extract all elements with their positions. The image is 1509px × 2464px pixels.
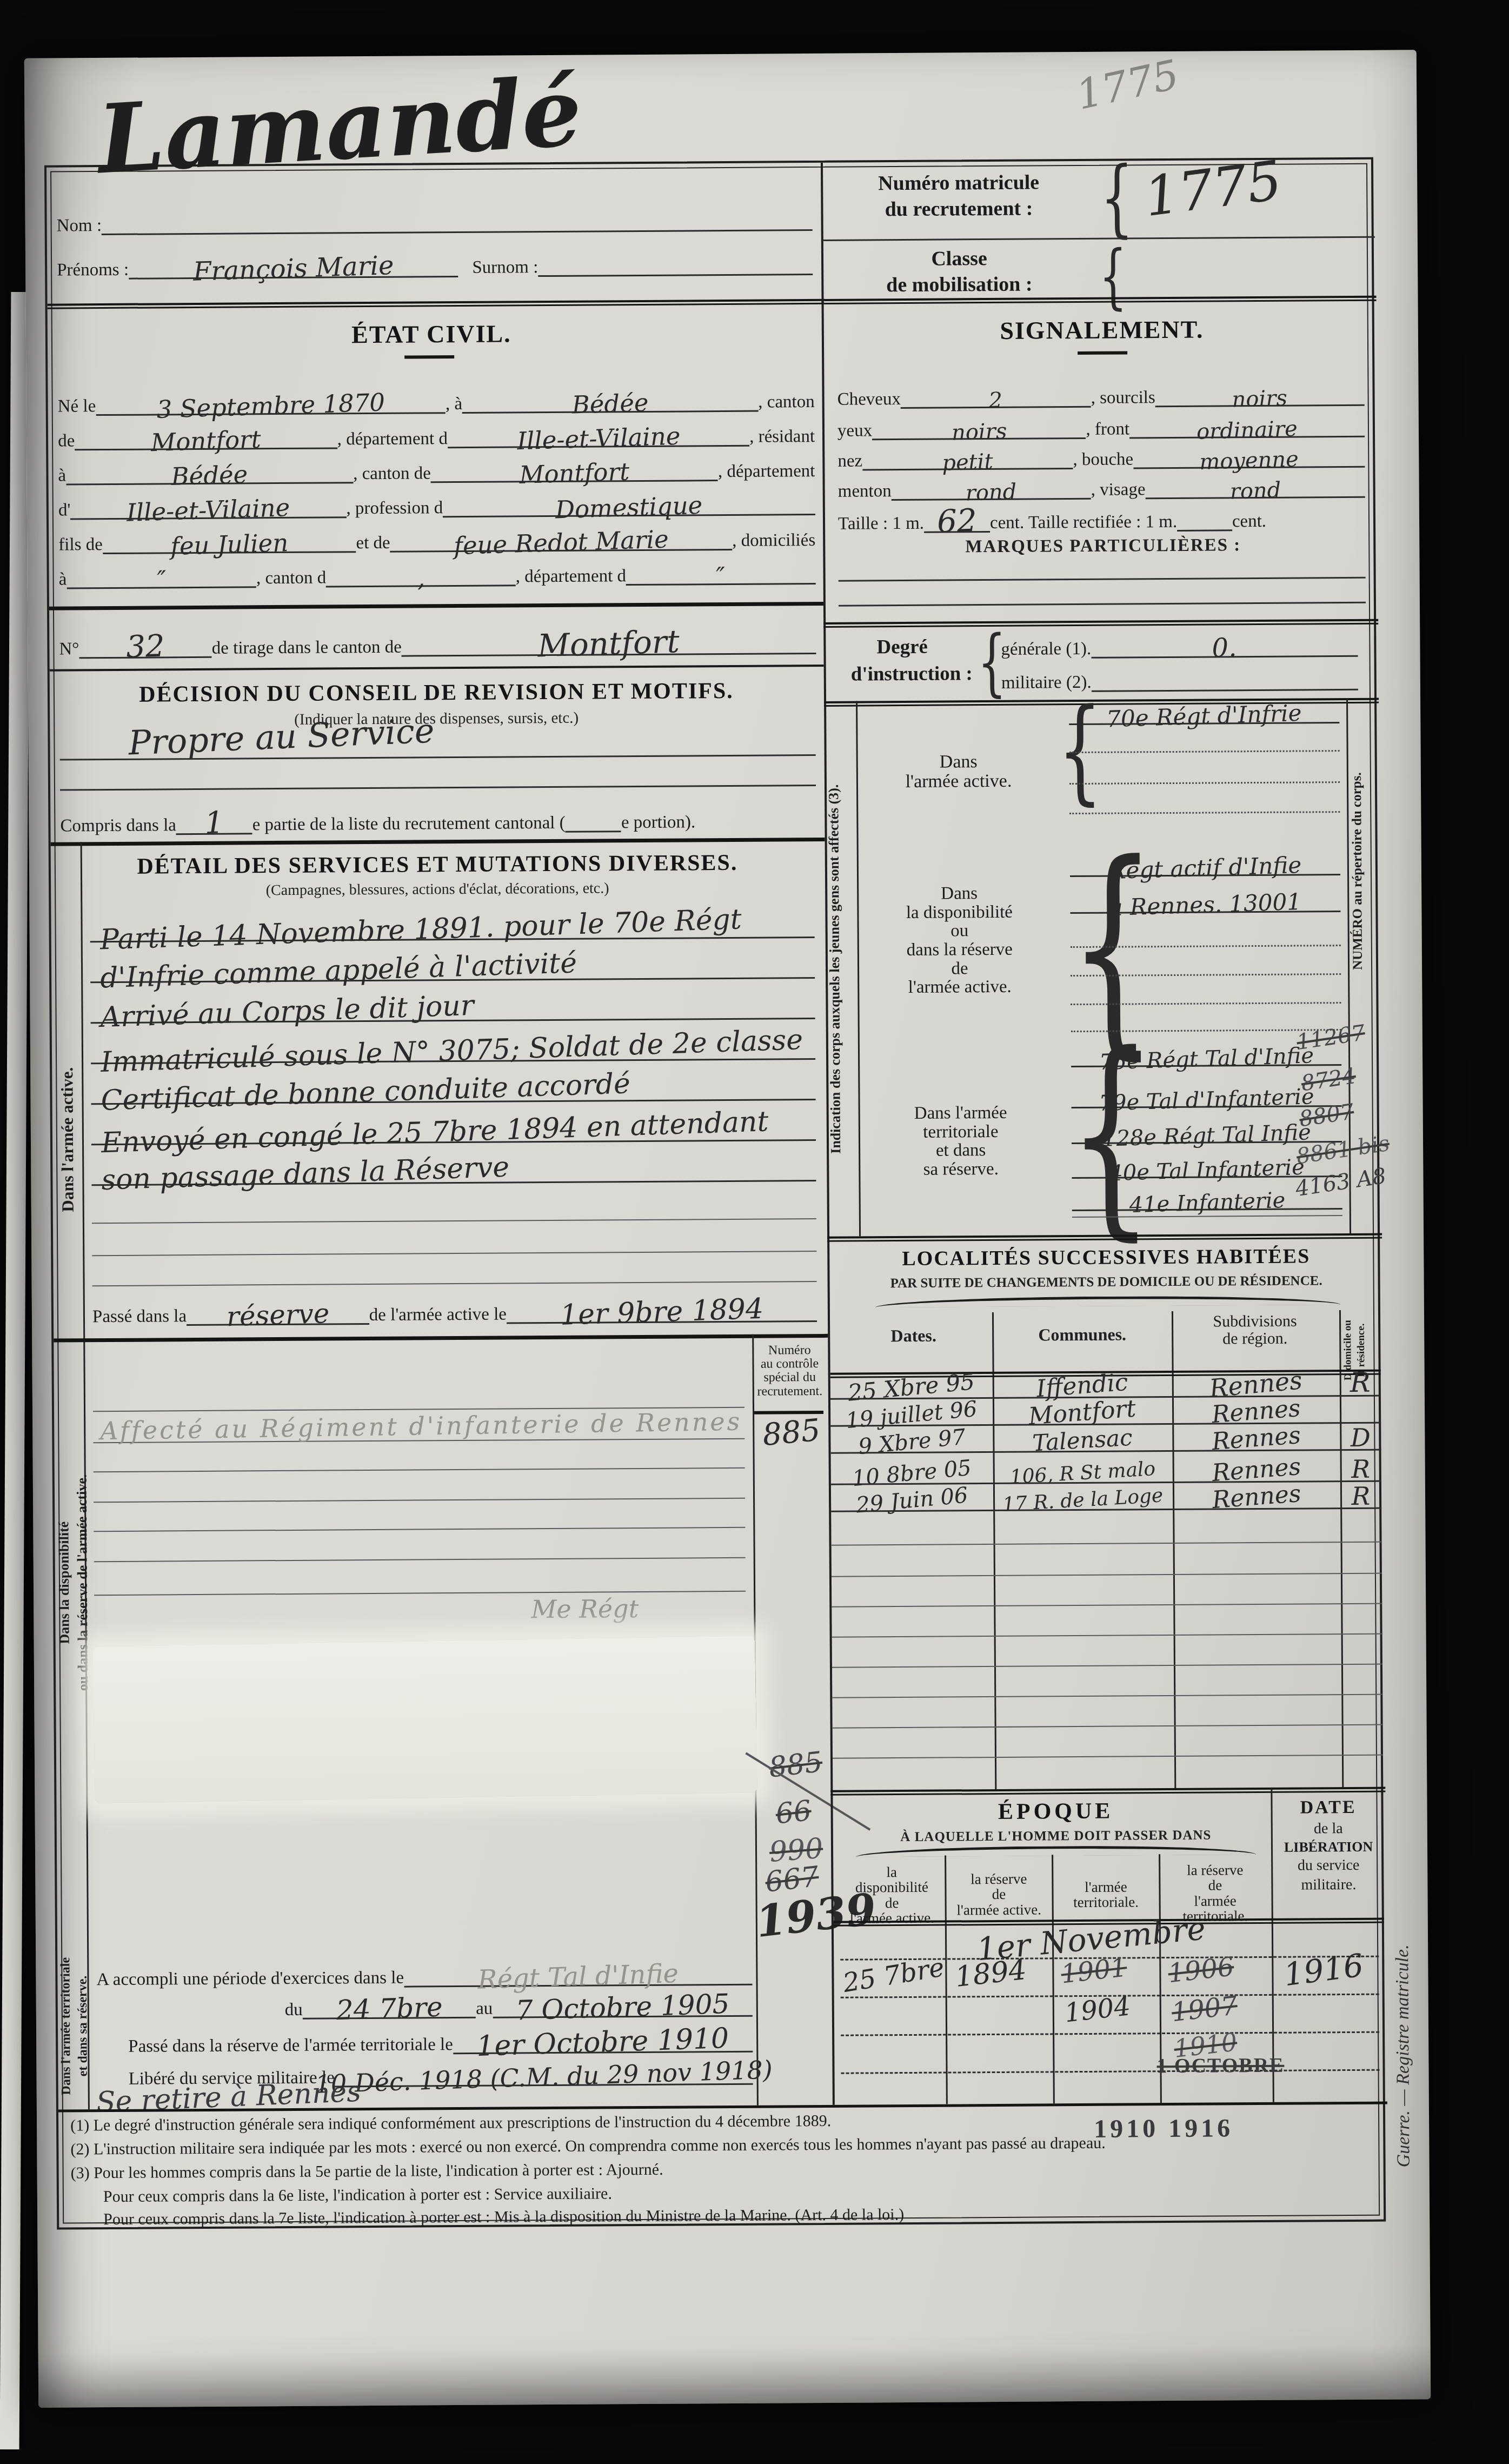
tirage-no-label: N°: [59, 640, 79, 659]
service-line-7: son passage dans la Réserve: [91, 1143, 816, 1186]
label: à: [59, 570, 67, 589]
sourcils-field: noirs: [1155, 389, 1365, 407]
margin-vertical-label: Guerre. — Registre matricule.: [1390, 1872, 1420, 2240]
controle-number-struck-1: 885: [768, 1750, 824, 1781]
affecte-value: Affecté au Régiment d'infanterie de Renn…: [100, 1411, 742, 1443]
localites-flourish: [875, 1295, 1340, 1307]
epoque-border-2: [1052, 1855, 1055, 2103]
footnote-4: Pour ceux compris dans la 6e liste, l'in…: [103, 2181, 1381, 2206]
services-title: DÉTAIL DES SERVICES ET MUTATIONS DIVERSE…: [81, 849, 794, 880]
prenoms-label: Prénoms :: [57, 261, 129, 280]
decision-value: Propre au Service: [128, 715, 435, 758]
controle-header-line: spécial du: [757, 1371, 823, 1385]
label-line: Dans l'armée: [863, 1103, 1058, 1123]
localites-subtitle: PAR SUITE DE CHANGEMENTS DE DOMICILE OU …: [843, 1273, 1370, 1292]
ruled-line: [832, 1694, 1382, 1698]
corps-dispo-label: Dans la disponibilité ou dans la réserve…: [862, 884, 1057, 997]
libere-value: 10 Déc. 1918 (C.M. du 29 nov 1918): [315, 2058, 773, 2096]
entry-field: 70e Régt d'Infrie: [1069, 705, 1339, 725]
subdivision-value: Rennes: [1211, 1456, 1301, 1484]
tirage-canton-field: Montfort: [402, 628, 816, 657]
sourcils-value: noirs: [1232, 388, 1288, 409]
localites-row-3: 9 Xbre 97 Talensac Rennes D: [830, 1423, 1381, 1454]
parents-residence-field: ″: [67, 568, 256, 589]
subdivision-cell: Rennes: [1172, 1427, 1340, 1450]
ruled-line: [92, 1281, 817, 1286]
ditto-mark: ,: [417, 567, 426, 589]
signalement-row-3: nez petit , bouche moyenne: [837, 437, 1365, 471]
label-line: la disponibilité: [862, 902, 1056, 922]
label-line: de la: [1274, 1820, 1382, 1837]
tirage-line: N° 32 de tirage dans le canton de Montfo…: [59, 620, 816, 659]
label-line: DATE: [1274, 1798, 1382, 1818]
label: e portion).: [621, 813, 696, 832]
cheveux-field: 2: [901, 390, 1091, 409]
tirage-no-field: 32: [79, 633, 212, 659]
date-cell: 9 Xbre 97: [830, 1432, 993, 1452]
ruled-line: [94, 1557, 746, 1562]
epoque-col2-header: la réserve de l'armée active.: [948, 1871, 1050, 1917]
epoque-terr-value-struck: 1901: [1060, 1956, 1128, 1986]
compris-line: Compris dans la 1 e partie de la liste d…: [60, 799, 817, 836]
label: , département: [718, 462, 815, 481]
commune-value: 17 R. de la Loge: [1002, 1487, 1164, 1514]
birth-line-3: à Bédée , canton de Montfort , départeme…: [58, 447, 815, 486]
ruled-line: [833, 1724, 1383, 1729]
side-label-line: Dans l'armée territoriale: [57, 1945, 75, 2107]
libere-field: 10 Déc. 1918 (C.M. du 29 nov 1918): [335, 2064, 753, 2087]
taille-value: 62: [936, 506, 977, 536]
side-label-line: Dans la disponibilité: [54, 1361, 75, 1804]
taille-field: 62: [924, 507, 990, 533]
label: , domiciliés: [732, 531, 815, 550]
etat-civil-title-dash: [404, 355, 454, 359]
ruled-line: [832, 1603, 1382, 1608]
label-line: territoriale.: [1055, 1895, 1157, 1910]
du-field: 24 7bre: [303, 1996, 476, 2020]
section-rule: [830, 1787, 1385, 1796]
service-entry: Certificat de bonne conduite accordé: [91, 1077, 815, 1105]
side-label-line: et dans sa réserve.: [74, 1945, 92, 2107]
subdivision-value: Rennes: [1211, 1425, 1301, 1453]
canton-field: Montfort: [75, 429, 337, 450]
header-bottom-rule: [48, 296, 1377, 309]
ditto-mark: ″: [157, 569, 167, 591]
section-rule: [50, 665, 824, 672]
label-line: de: [948, 1887, 1049, 1902]
subdivision-value: Rennes: [1212, 1483, 1302, 1511]
date-cell: 25 Xbre 95: [830, 1377, 993, 1398]
passe-reserve-line: Passé dans la réserve de l'armée active …: [92, 1291, 817, 1326]
birthdate-field: 3 Septembre 1870: [96, 394, 446, 416]
label: à: [58, 467, 66, 486]
menton-field: rond: [892, 482, 1091, 501]
accompli-field: Régt Tal d'Infie: [404, 1964, 753, 1988]
dr-value: D: [1351, 1426, 1371, 1449]
father-value: feu Julien: [170, 532, 289, 558]
signalement-row-4: menton rond , visage rond: [837, 468, 1365, 501]
controle-number-first: 885: [761, 1417, 821, 1449]
ruled-line: [832, 1542, 1382, 1546]
label: Passé dans la réserve de l'armée territo…: [128, 2035, 453, 2056]
accompli-line: A accompli une période d'exercices dans …: [96, 1954, 752, 1989]
ruled-line: [841, 2069, 1380, 2074]
label-line: l'armée active.: [862, 977, 1057, 997]
folio-number-pencil: 1775: [1073, 56, 1182, 114]
birthplace-value: Bédée: [571, 392, 649, 416]
label: , à: [446, 395, 462, 414]
ruled-line: [60, 785, 816, 791]
label: , département d: [337, 429, 448, 449]
date-cell: 10 8bre 05: [831, 1463, 993, 1484]
date-cell: 29 Juin 06: [831, 1490, 993, 1511]
stamp-years: 1910 1916: [1094, 2113, 1233, 2144]
prenoms-value: François Marie: [192, 254, 394, 284]
epoque-date-header: DATE de la LIBÉRATION du service militai…: [1274, 1798, 1382, 1893]
matricule-label-1: Numéro matricule: [837, 172, 1080, 195]
label: du: [285, 2001, 303, 2020]
label: fils de: [58, 535, 103, 554]
passe-terr-field: 1er Octobre 1910: [453, 2029, 753, 2054]
controle-number-struck-2: 66: [774, 1798, 813, 1828]
commune-value: Montfort: [1028, 1398, 1136, 1428]
label-line: et dans: [863, 1141, 1058, 1161]
subdivision-cell: Rennes: [1172, 1373, 1340, 1396]
controle-header-line: recrutement.: [757, 1384, 823, 1398]
ruled-line: [94, 1467, 745, 1472]
ruled-line: [1069, 781, 1340, 785]
dr-cell: R: [1340, 1458, 1381, 1480]
epoque-liberation-value: 1916: [1282, 1951, 1365, 1989]
label: de: [58, 432, 75, 451]
label-line: l'armée active.: [948, 1902, 1050, 1917]
label-line: LIBÉRATION: [1274, 1839, 1382, 1855]
label-line: l'armée: [1162, 1893, 1268, 1909]
epoque-dispo-value: 25 7bre: [841, 1956, 946, 1995]
bouche-field: moyenne: [1133, 450, 1365, 469]
reserve-date-field: 1er 9bre 1894: [507, 1299, 817, 1324]
subdivision-cell: Rennes: [1173, 1459, 1340, 1481]
label-line: Dans: [861, 752, 1056, 772]
label-line: l'armée active.: [861, 771, 1056, 792]
localites-col-communes: Communes.: [994, 1324, 1170, 1345]
tirage-no-value: 32: [126, 633, 165, 661]
label: A accompli une période d'exercices dans …: [96, 1969, 404, 1989]
section-rule: [54, 1334, 828, 1343]
service-line-6: Envoyé en congé le 25 7bre 1894 en atten…: [91, 1102, 816, 1145]
front-label: , front: [1086, 420, 1129, 439]
signalement-title: SIGNALEMENT.: [848, 314, 1356, 346]
label-line: de: [862, 959, 1057, 979]
commune-cell: 17 R. de la Loge: [993, 1491, 1173, 1510]
surnom-field: [538, 274, 813, 277]
label-line: territoriale: [863, 1122, 1058, 1142]
marques-label: MARQUES PARTICULIÈRES :: [849, 535, 1357, 558]
header-divider-vertical: [821, 163, 824, 304]
corps-side-label: Indication des corps auxquels les jeunes…: [824, 701, 860, 1237]
localites-col-subdiv: Subdivisions de région.: [1174, 1312, 1336, 1347]
ruled-line: [832, 1573, 1382, 1577]
label: , canton de: [353, 464, 431, 484]
corps-terr-num-3: 8807: [1298, 1102, 1355, 1129]
entry-value: 75e Régt Tal d'Infie: [1099, 1046, 1314, 1072]
corps-dispo-entry-1: Régt actif d'Infie: [1070, 840, 1340, 877]
degre-generale-row: générale (1). 0.: [1001, 629, 1358, 659]
faint-fragment: Me Régt: [531, 1598, 639, 1621]
au-value: 7 Octobre 1905: [515, 1992, 730, 2023]
entry-field: Régt actif d'Infie: [1070, 857, 1340, 877]
du-value: 24 7bre: [336, 1995, 443, 2023]
side-label-line: ou dans la réserve de l'armée active.: [72, 1361, 93, 1804]
paper-damage-patch: [92, 1636, 757, 1803]
ruled-line: [1069, 750, 1340, 753]
residence-canton-field: Montfort: [431, 462, 718, 483]
date-cell: 19 juillet 96: [830, 1405, 993, 1425]
side-label-territoriale: Dans l'armée territoriale et dans sa rés…: [57, 1945, 89, 2107]
yeux-label: yeux: [837, 422, 872, 441]
corps-side-strip: Indication des corps auxquels les jeunes…: [824, 701, 861, 1237]
birth-line-1: Né le 3 Septembre 1870 , à Bédée , canto…: [57, 378, 814, 416]
dr-value: R: [1352, 1485, 1371, 1507]
tirage-text: de tirage dans le canton de: [212, 638, 402, 658]
epoque-subtitle: À LAQUELLE L'HOMME DOIT PASSER DANS: [840, 1828, 1272, 1845]
matricule-brace: {: [1100, 155, 1134, 239]
register-page: 1775 Guerre. — Registre matricule. Laman…: [24, 50, 1431, 2408]
ruled-line: [94, 1591, 746, 1596]
nom-handwriting-large: Lamandé: [96, 69, 584, 183]
commune-cell: Iffendic: [993, 1374, 1172, 1397]
du-au-line: du 24 7bre au 7 Octobre 1905: [285, 1987, 753, 2020]
label: Passé dans la: [92, 1307, 187, 1326]
service-text: son passage dans la Réserve: [101, 1155, 510, 1193]
service-line-2: d'Infrie comme appelé à l'activité: [90, 940, 815, 983]
residence-dept-field: Ille-et-Vilaine: [70, 499, 346, 520]
residence-field: Bédée: [66, 464, 353, 486]
label-line: ou: [862, 921, 1057, 941]
partie-field: 1: [176, 809, 252, 835]
epoque-title: ÉPOQUE: [839, 1797, 1272, 1826]
corps-dispo-entry-2: à Rennes. 13001: [1070, 876, 1340, 914]
passe-territoriale-line: Passé dans la réserve de l'armée territo…: [128, 2022, 753, 2056]
label-line: militaire.: [1274, 1876, 1382, 1893]
nom-line: Nom :: [56, 198, 812, 236]
ruled-line: [833, 1755, 1383, 1759]
ruled-line: [92, 1218, 816, 1224]
entry-field: 79e Tal d'Infanterie: [1071, 1090, 1341, 1108]
sourcils-label: , sourcils: [1091, 388, 1155, 407]
service-entry: Parti le 14 Novembre 1891. pour le 70e R…: [90, 915, 814, 942]
ruled-line: [94, 1527, 745, 1532]
departement-field: Ille-et-Vilaine: [448, 427, 749, 448]
entry-value: 41e Infanterie: [1129, 1191, 1286, 1215]
signalement-row-1: Cheveux 2 , sourcils noirs: [837, 376, 1364, 409]
signalement-row-2: yeux noirs , front ordinaire: [837, 407, 1365, 441]
label: , canton d: [256, 569, 326, 588]
epoque-terr-value: 1904: [1063, 1995, 1132, 2025]
date-value: 29 Juin 06: [855, 1485, 969, 1515]
section-rule: [51, 838, 825, 846]
ruled-line: [839, 577, 1366, 582]
classe-label-2: de mobilisation :: [837, 274, 1081, 297]
degre-label-2: d'instruction :: [851, 663, 973, 685]
label-line: de: [841, 1895, 943, 1910]
entry-value: à Rennes. 13001: [1109, 892, 1302, 918]
parents-dept-field: ″: [626, 564, 816, 586]
service-entry: Immatriculé sous le N° 3075; Soldat de 2…: [91, 1037, 815, 1064]
service-entry: Envoyé en congé le 25 7bre 1894 en atten…: [91, 1118, 816, 1145]
commune-cell: 106, R St malo: [993, 1464, 1173, 1483]
residence-value: Bédée: [171, 463, 248, 488]
label: d': [58, 501, 71, 520]
service-line-4: Immatriculé sous le N° 3075; Soldat de 2…: [91, 1021, 815, 1064]
side-label-disponibilite: Dans la disponibilité ou dans la réserve…: [54, 1361, 87, 1804]
dr-value: R: [1350, 1371, 1371, 1395]
epoque-col1-header: la disponibilité de l'armée active.: [841, 1864, 943, 1927]
controle-header-line: Numéro: [756, 1344, 822, 1358]
label: Compris dans la: [60, 816, 176, 836]
entry-field: à Rennes. 13001: [1070, 894, 1340, 914]
au-field: 7 Octobre 1905: [493, 1995, 753, 2018]
taille-label: Taille : 1 m.: [838, 514, 924, 534]
nez-label: nez: [837, 452, 862, 471]
label: de l'armée active le: [369, 1305, 507, 1325]
nez-field: petit: [862, 452, 1073, 470]
label-line: dans la réserve: [862, 940, 1057, 960]
label-line: Subdivisions: [1174, 1312, 1336, 1330]
footnote-5: Pour ceux compris dans la 7e liste, l'in…: [103, 2203, 1381, 2228]
dr-cell: R: [1340, 1371, 1381, 1395]
label: e partie de la liste du recrutement cant…: [252, 814, 565, 834]
profession-field: Domestique: [443, 495, 815, 517]
commune-value: Talensac: [1032, 1427, 1133, 1454]
label-line: de: [1162, 1877, 1268, 1894]
front-field: ordinaire: [1129, 420, 1365, 439]
service-line-3: Arrivé au Corps le dit jour: [90, 980, 815, 1024]
reserve-date-value: 1er 9bre 1894: [560, 1297, 763, 1329]
mother-field: feue Redot Marie: [390, 530, 733, 552]
classe-label: Classe de mobilisation :: [837, 248, 1081, 297]
corps-active-entry: 70e Régt d'Infrie: [1069, 687, 1339, 725]
dr-cell: D: [1340, 1426, 1381, 1449]
matricule-label: Numéro matricule du recrutement :: [837, 172, 1081, 221]
matricule-value: 1775: [1142, 156, 1285, 222]
adjacent-page-edge: [0, 292, 30, 2449]
cheveux-label: Cheveux: [837, 390, 901, 409]
prenoms-line: Prénoms : François Marie Surnom :: [57, 242, 813, 280]
corps-numero-label: NUMÉRO au répertoire du corps.: [1348, 703, 1379, 1039]
controle-header: Numéro au contrôle spécial du recrutemen…: [756, 1344, 823, 1398]
services-subtitle: (Campagnes, blessures, actions d'éclat, …: [81, 879, 794, 900]
taille-rectifiee-field: [1177, 529, 1232, 532]
surnom-label: Surnom :: [472, 258, 538, 277]
stamp-month: 1 OCTOBRE: [1155, 2054, 1285, 2078]
yeux-field: noirs: [872, 422, 1086, 440]
cheveux-value: 2: [989, 391, 1003, 411]
menton-value: rond: [965, 482, 1017, 503]
corps-active-label: Dans l'armée active.: [861, 752, 1056, 792]
label-line: la réserve: [1162, 1862, 1268, 1878]
epoque-terr-reserve-struck-1: 1906: [1167, 1955, 1235, 1985]
commune-cell: Montfort: [993, 1402, 1172, 1424]
service-line-1: Parti le 14 Novembre 1891. pour le 70e R…: [90, 899, 814, 942]
label-line: de région.: [1174, 1330, 1336, 1347]
label-line: sa réserve.: [863, 1159, 1058, 1179]
birth-line-5: fils de feu Julien et de feue Redot Mari…: [58, 516, 815, 555]
generale-label: générale (1).: [1001, 640, 1091, 659]
date-value: 9 Xbre 97: [857, 1427, 966, 1457]
form-frame: Lamandé Nom : Prénoms : François Marie S…: [44, 157, 1386, 2230]
label: et de: [356, 534, 390, 553]
ditto-mark: ″: [716, 565, 726, 587]
section-rule: [49, 602, 823, 610]
label-line: la: [841, 1864, 942, 1880]
generale-field: 0.: [1091, 636, 1358, 659]
corps-terr-label: Dans l'armée territoriale et dans sa rés…: [863, 1103, 1059, 1179]
canton-value: Montfort: [151, 428, 262, 454]
label-line: disponibilité: [841, 1879, 942, 1895]
label: , résidant: [749, 427, 815, 446]
birth-line-6: à ″ , canton d , , département d ″: [58, 551, 815, 589]
label: Né le: [58, 397, 96, 416]
classe-label-1: Classe: [837, 248, 1081, 271]
service-line-5: Certificat de bonne conduite accordé: [91, 1061, 815, 1105]
birth-line-2: de Montfort , département d Ille-et-Vila…: [58, 413, 815, 451]
father-field: feu Julien: [103, 533, 356, 554]
visage-value: rond: [1229, 480, 1281, 501]
menton-label: menton: [838, 482, 892, 501]
tirage-canton-value: Montfort: [537, 627, 680, 660]
ruled-line: [92, 1251, 816, 1256]
service-entry: son passage dans la Réserve: [91, 1158, 816, 1186]
matricule-label-2: du recrutement :: [837, 198, 1080, 221]
ruled-line: [839, 602, 1366, 607]
service-entry: d'Infrie comme appelé à l'activité: [90, 955, 815, 983]
label: , canton: [758, 393, 815, 411]
section-rule: [823, 619, 1378, 628]
decision-title: DÉCISION DU CONSEIL DE REVISION ET MOTIF…: [79, 678, 793, 708]
ruled-line: [841, 2031, 1379, 2036]
label: au: [476, 2000, 493, 2018]
footnote-3: (3) Pour les hommes compris dans la 5e p…: [71, 2157, 1381, 2182]
label-line: Dans: [862, 884, 1056, 904]
epoque-col3-header: l'armée territoriale.: [1055, 1879, 1156, 1910]
nom-field: [102, 229, 813, 235]
dr-cell: R: [1340, 1485, 1381, 1507]
label: , département d: [516, 567, 627, 586]
degre-label-1: Degré: [876, 637, 928, 658]
etat-civil-title: ÉTAT CIVIL.: [161, 318, 702, 350]
prenoms-field: François Marie: [129, 256, 458, 280]
birth-line-4: d' Ille-et-Vilaine , profession d Domest…: [58, 482, 815, 520]
subdivision-cell: Rennes: [1173, 1486, 1340, 1508]
parents-canton-field: ,: [326, 567, 516, 588]
ruled-line: [832, 1664, 1382, 1668]
bouche-label: , bouche: [1073, 450, 1133, 469]
label-line: l'armée: [1055, 1879, 1156, 1895]
nom-label: Nom :: [57, 216, 102, 235]
partie-value: 1: [204, 809, 224, 838]
visage-label: , visage: [1091, 481, 1146, 500]
visage-field: rond: [1146, 481, 1365, 499]
dr-value: R: [1351, 1458, 1370, 1480]
label-line: la réserve: [948, 1871, 1049, 1887]
subdivision-value: Rennes: [1211, 1398, 1301, 1426]
residence-canton-value: Montfort: [519, 461, 630, 486]
cent-label: cent.: [1232, 512, 1266, 531]
side-label-armee-active: Dans l'armée active.: [55, 918, 79, 1361]
reserve-field: réserve: [187, 1303, 369, 1326]
localites-col-dates: Dates.: [836, 1325, 991, 1346]
